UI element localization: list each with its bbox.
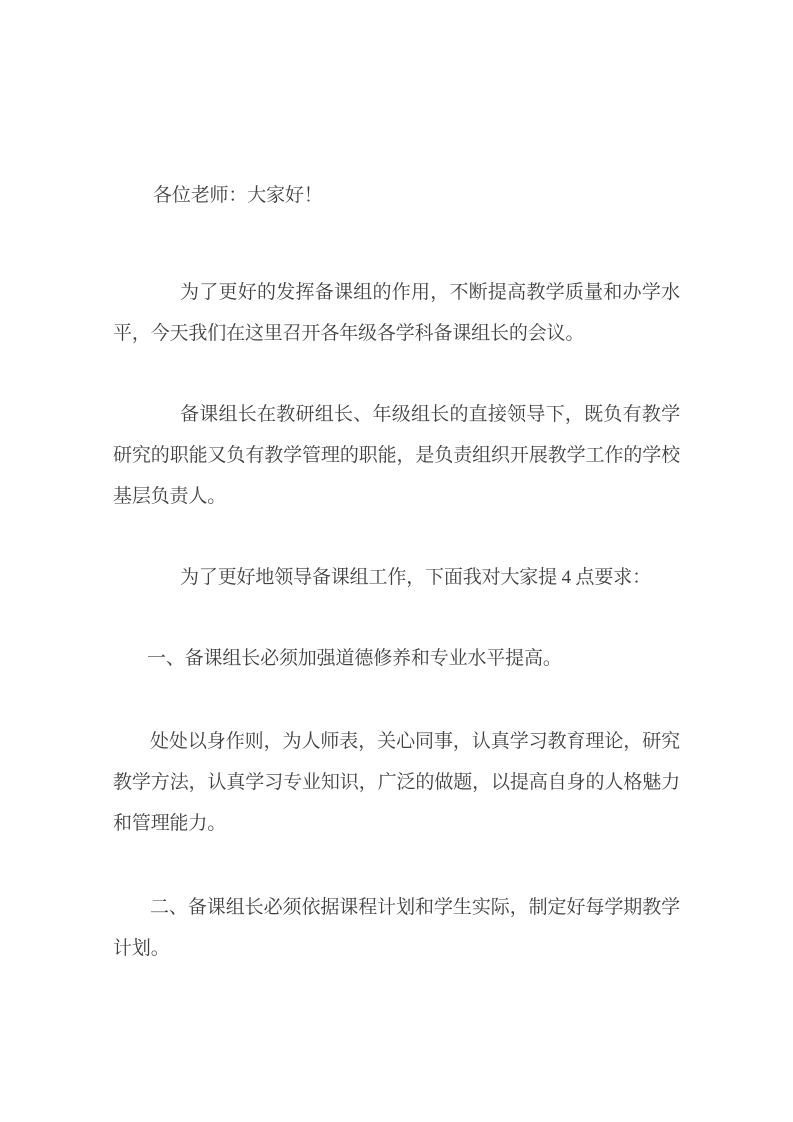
greeting-paragraph: 各位老师：大家好！: [113, 175, 680, 216]
document-body: 各位老师：大家好！ 为了更好的发挥备课组的作用，不断提高教学质量和办学水平，今天…: [113, 175, 680, 969]
requirement-1-heading: 一、备课组长必须加强道德修养和专业水平提高。: [113, 638, 680, 679]
role-description-paragraph: 备课组长在教研组长、年级组长的直接领导下，既负有教学研究的职能又负有教学管理的职…: [113, 394, 680, 517]
requirements-lead-paragraph: 为了更好地领导备课组工作，下面我对大家提 4 点要求：: [113, 557, 680, 598]
intro-paragraph: 为了更好的发挥备课组的作用，不断提高教学质量和办学水平，今天我们在这里召开各年级…: [113, 272, 680, 354]
requirement-1-detail-paragraph: 处处以身作则，为人师表，关心同事，认真学习教育理论，研究教学方法，认真学习专业知…: [113, 721, 680, 844]
document-page: 各位老师：大家好！ 为了更好的发挥备课组的作用，不断提高教学质量和办学水平，今天…: [0, 0, 793, 1122]
requirement-2-heading: 二、备课组长必须依据课程计划和学生实际，制定好每学期教学计划。: [113, 887, 680, 969]
